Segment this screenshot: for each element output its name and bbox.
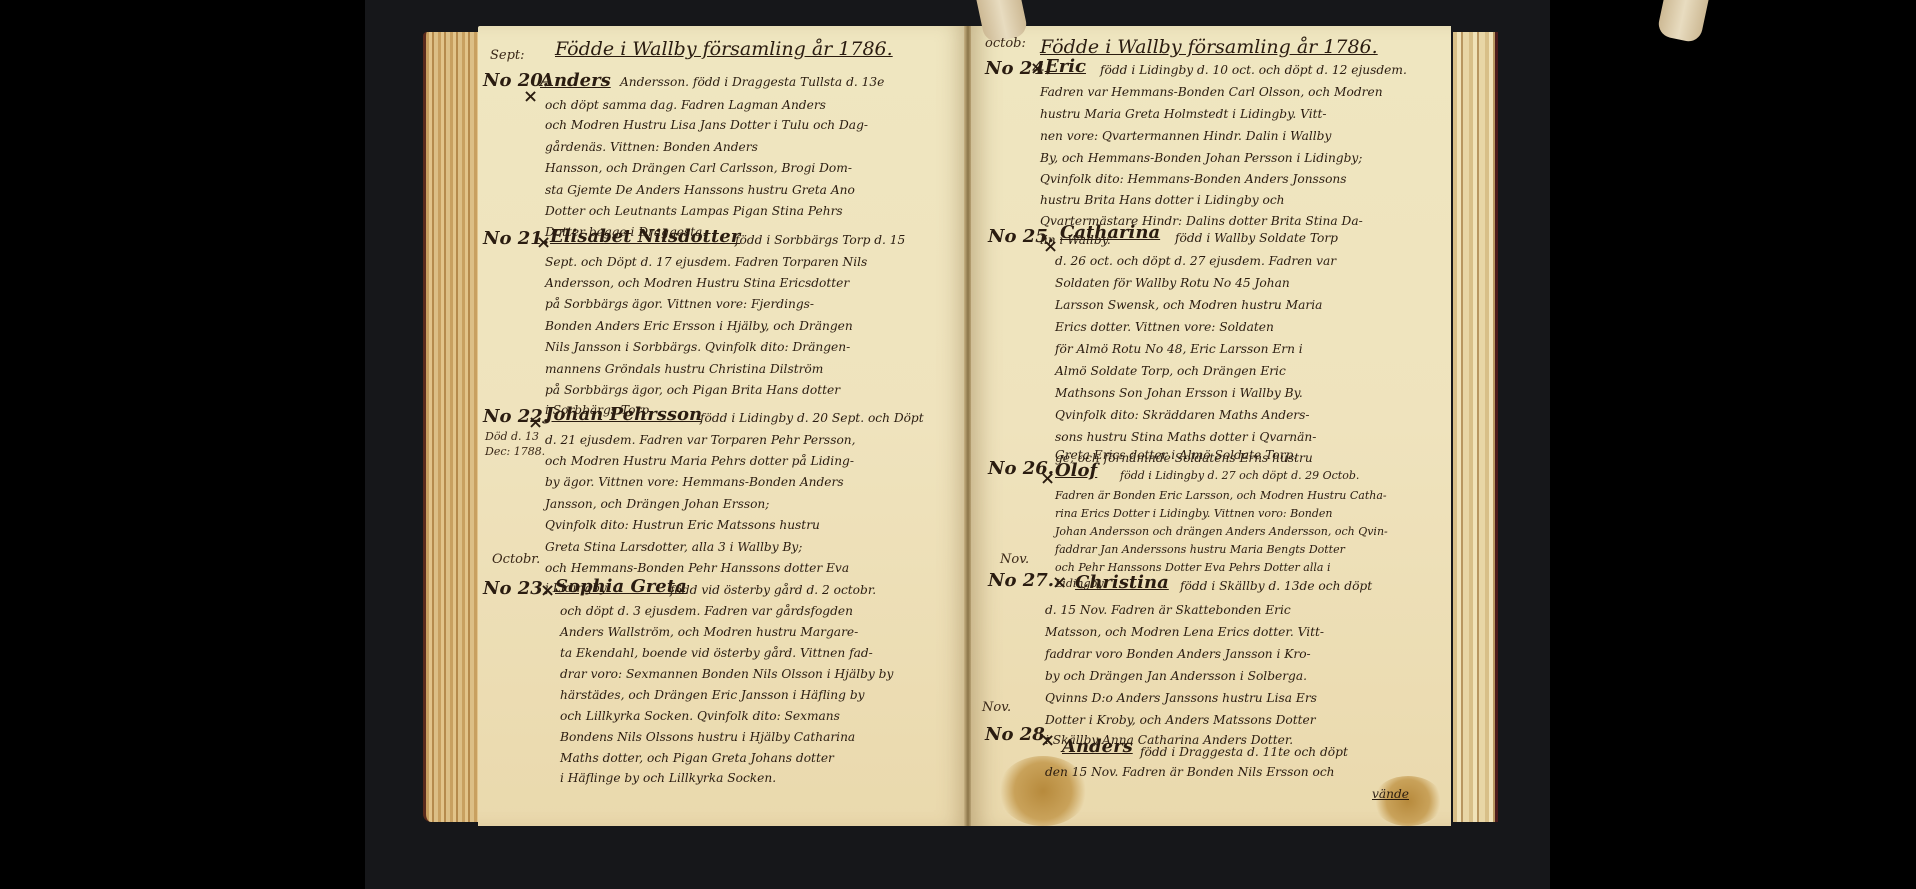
entry-text: By, och Hemmans-Bonden Johan Persson i L… [1040,148,1362,169]
entry-text: och döpt samma dag. Fadren Lagman Anders [545,95,826,116]
entry-text: ta Ekendahl, boende vid österby gård. Vi… [560,643,873,664]
entry-text: Nils Jansson i Sorbbärgs. Qvinfolk dito:… [545,337,850,358]
month-margin: octob: [985,36,1026,51]
entry-text: Larsson Swensk, och Modren hustru Maria [1055,295,1322,316]
entry-text: Andersson, och Modren Hustru Stina Erics… [545,273,849,294]
entry-text: Mathsons Son Johan Ersson i Wallby By. [1055,383,1303,404]
entry-text: d. 15 Nov. Fadren är Skattebonden Eric [1045,600,1291,621]
page-header: Födde i Wallby församling år 1786. [1040,36,1378,58]
entry-text: Sept. och Döpt d. 17 ejusdem. Fadren Tor… [545,252,867,273]
entry-text: född i Draggesta d. 11te och döpt [1140,742,1348,763]
entry-text: by och Drängen Jan Andersson i Solberga. [1045,666,1307,687]
entry-text: född i Wallby Soldate Torp [1175,228,1338,249]
bookmark-tab-right [1656,0,1714,44]
entry-text: Qvinns D:o Anders Janssons hustru Lisa E… [1045,688,1317,709]
entry-text: Almö Soldate Torp, och Drängen Eric [1055,361,1286,382]
entry-text: Andersson. född i Draggesta Tullsta d. 1… [620,72,884,93]
entry-text: Dotter och Leutnants Lampas Pigan Stina … [545,201,843,222]
child-name: Catharina [1060,222,1160,243]
page-header: Födde i Wallby församling år 1786. [555,38,893,60]
entry-text: född i Lidingby d. 10 oct. och döpt d. 1… [1100,60,1407,81]
book-edge-right [1453,32,1498,822]
entry-text: d. 21 ejusdem. Fadren var Torparen Pehr … [545,430,856,451]
entry-text: härstädes, och Drängen Eric Jansson i Hä… [560,685,865,706]
entry-number: No 27. [988,570,1054,591]
entry-text: född i Sorbbärgs Torp d. 15 [735,230,905,251]
child-name: Anders [540,70,611,91]
entry-text: Maths dotter, och Pigan Greta Johans dot… [560,748,834,769]
catchword: vände [1372,784,1409,805]
cross-mark: × [523,86,538,107]
entry-text: Qvinfolk dito: Hemmans-Bonden Anders Jon… [1040,169,1347,190]
entry-text: Matsson, och Modren Lena Erics dotter. V… [1045,622,1324,643]
entry-text: född i Lidingby d. 27 och döpt d. 29 Oct… [1120,466,1359,487]
entry-text: på Sorbbärgs ägor. Vittnen vore: Fjerdin… [545,294,814,315]
entry-text: by ägor. Vittnen vore: Hemmans-Bonden An… [545,472,844,493]
cross-mark: × [1040,730,1055,751]
entry-text: i Häflinge by och Lillkyrka Socken. [560,768,776,789]
entry-text: hustru Brita Hans dotter i Lidingby och [1040,190,1285,211]
entry-text: mannens Gröndals hustru Christina Dilstr… [545,359,823,380]
entry-text: drar voro: Sexmannen Bonden Nils Olsson … [560,664,893,685]
entry-text: hustru Maria Greta Holmstedt i Lidingby.… [1040,104,1327,125]
entry-text: född i Skällby d. 13de och döpt [1180,576,1372,597]
month-margin: Nov. [982,700,1011,715]
child-name: Anders [1062,736,1133,757]
entry-text: d. 26 oct. och döpt d. 27 ejusdem. Fadre… [1055,251,1336,272]
child-name: Elisabet Nilsdotter [550,226,740,247]
cross-mark: × [1030,58,1045,79]
entry-text: den 15 Nov. Fadren är Bonden Nils Ersson… [1045,762,1335,783]
entry-text: gårdenäs. Vittnen: Bonden Anders [545,137,758,158]
child-name: Eric [1045,56,1086,77]
entry-text: Fadren var Hemmans-Bonden Carl Olsson, o… [1040,82,1383,103]
child-name: Christina [1075,572,1169,593]
entry-text: Qvinfolk dito: Skräddaren Maths Anders- [1055,405,1310,426]
entry-text: Dotter i Kroby, och Anders Matssons Dott… [1045,710,1316,731]
cross-mark: × [536,232,551,253]
child-name: Johan Pehrsson [545,404,702,425]
child-name: Olof [1055,460,1097,481]
cross-mark: × [540,580,555,601]
entry-text: född i Lidingby d. 20 Sept. och Döpt [700,408,924,429]
book-edge-left [423,32,484,822]
entry-text: Qvinfolk dito: Hustrun Eric Matssons hus… [545,515,820,536]
entry-text: Jansson, och Drängen Johan Ersson; [545,494,769,515]
month-margin: Octobr. [492,552,540,567]
entry-text: och Modren Hustru Maria Pehrs dotter på … [545,451,854,472]
month-margin: Nov. [1000,552,1029,567]
death-note: Dec: 1788. [485,445,545,458]
entry-text: för Almö Rotu No 48, Eric Larsson Ern i [1055,339,1303,360]
death-note: Död d. 13 [485,430,539,443]
entry-text: och Modren Hustru Lisa Jans Dotter i Tul… [545,115,868,136]
child-name: Sophia Greta [555,576,687,597]
entry-text: sta Gjemte De Anders Hanssons hustru Gre… [545,180,855,201]
entry-text: nen vore: Qvartermannen Hindr. Dalin i W… [1040,126,1331,147]
month-margin: Sept: [490,48,525,63]
entry-text: Bondens Nils Olssons hustru i Hjälby Cat… [560,727,855,748]
entry-text: Anders Wallström, och Modren hustru Marg… [560,622,858,643]
entry-text: Bonden Anders Eric Ersson i Hjälby, och … [545,316,853,337]
entry-text: Hansson, och Drängen Carl Carlsson, Brog… [545,158,852,179]
entry-text: Greta Stina Larsdotter, alla 3 i Wallby … [545,537,802,558]
entry-text: Erics dotter. Vittnen vore: Soldaten [1055,317,1274,338]
entry-text: och döpt d. 3 ejusdem. Fadren var gårdsf… [560,601,853,622]
cross-mark: × [1052,572,1067,593]
entry-text: på Sorbbärgs ägor, och Pigan Brita Hans … [545,380,840,401]
entry-text: och Lillkyrka Socken. Qvinfolk dito: Sex… [560,706,840,727]
entry-text: född vid österby gård d. 2 octobr. [670,580,876,601]
entry-text: Soldaten för Wallby Rotu No 45 Johan [1055,273,1290,294]
entry-text: faddrar voro Bonden Anders Jansson i Kro… [1045,644,1311,665]
cross-mark: × [1040,468,1055,489]
